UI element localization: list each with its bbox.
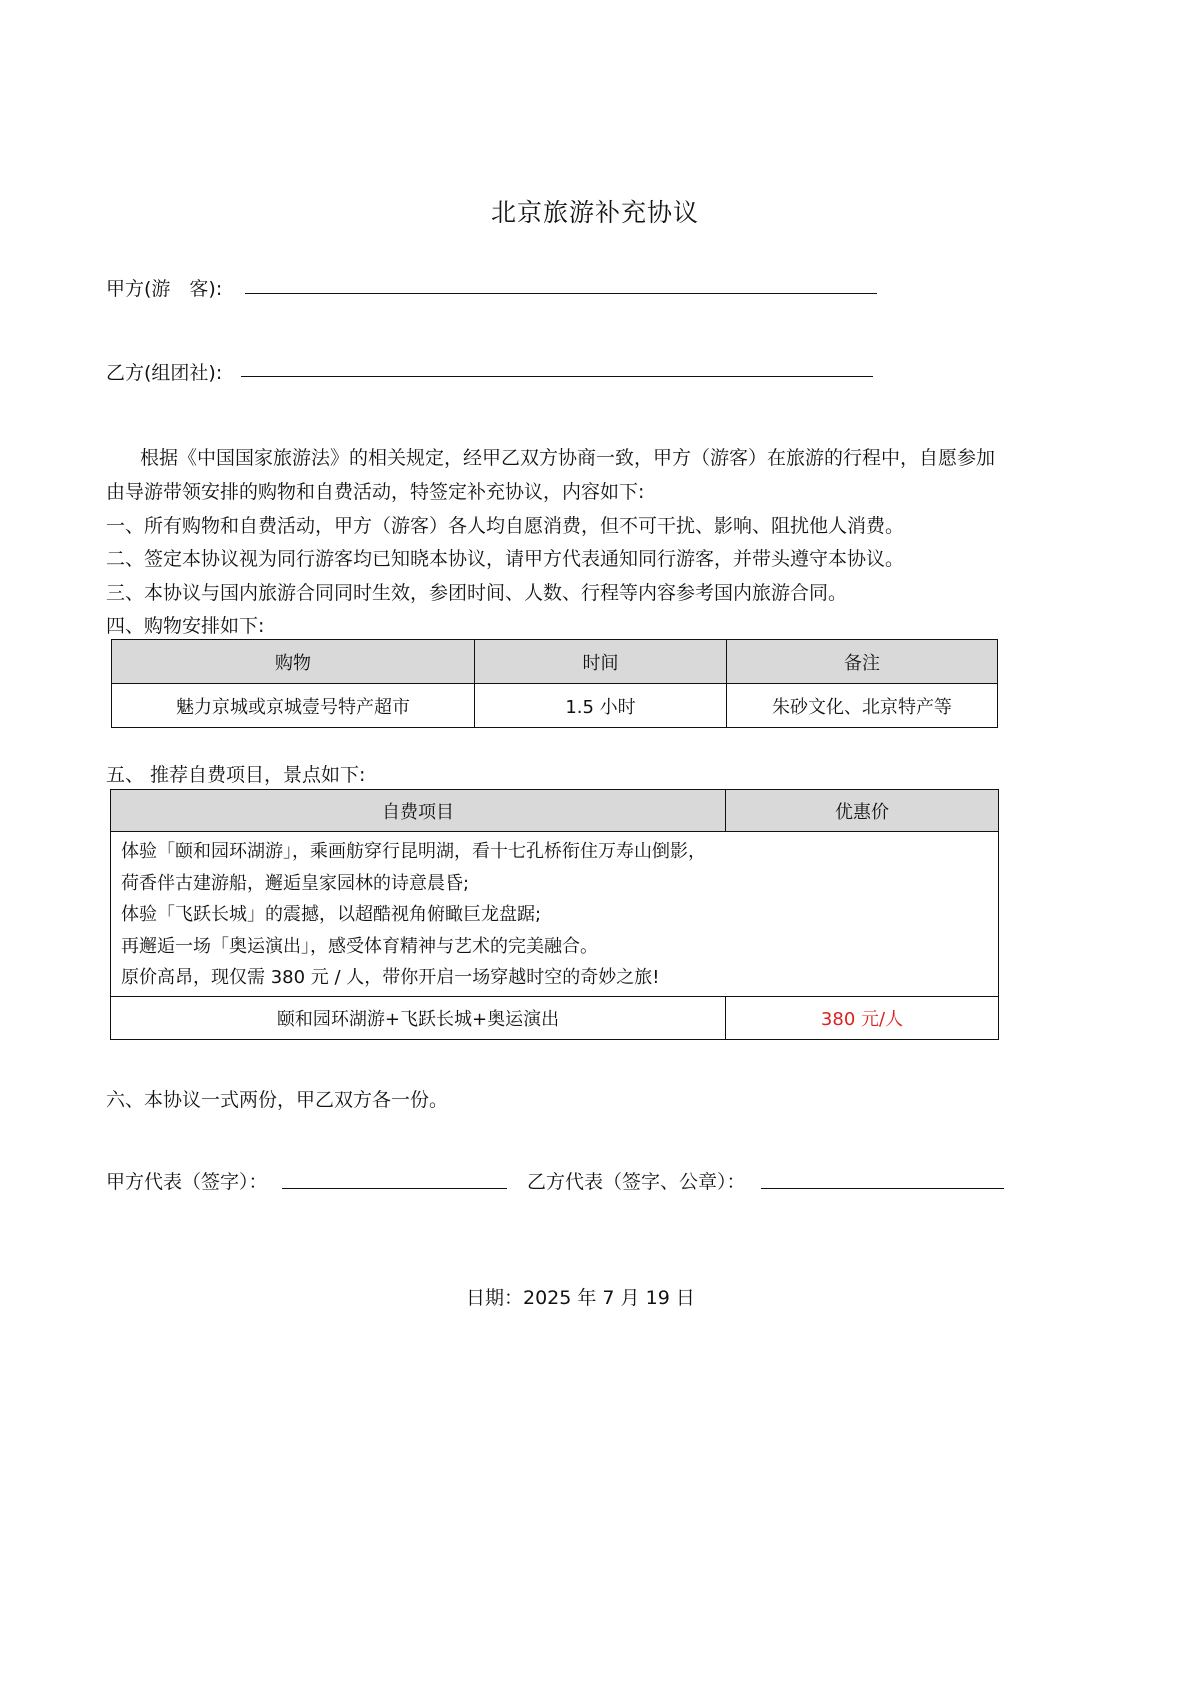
header-activity: 自费项目 (111, 790, 726, 832)
cell-remarks: 朱砂文化、北京特产等 (727, 684, 998, 728)
header-remarks: 备注 (727, 640, 998, 684)
description-line: 荷香伴古建游船，邂逅皇家园林的诗意晨昏; (121, 868, 988, 900)
header-shopping: 购物 (112, 640, 475, 684)
description-row: 体验「颐和园环湖游」，乘画舫穿行昆明湖，看十七孔桥衔住万寿山倒影， 荷香伴古建游… (111, 832, 999, 997)
optional-activities-table: 自费项目 优惠价 体验「颐和园环湖游」，乘画舫穿行昆明湖，看十七孔桥衔住万寿山倒… (110, 789, 999, 1040)
description-line: 原价高昂，现仅需 380 元 / 人，带你开启一场穿越时空的奇妙之旅! (121, 962, 988, 994)
description-line: 再邂逅一场「奥运演出」，感受体育精神与艺术的完美融合。 (121, 931, 988, 963)
party-a-signature-label: 甲方代表（签字）： (106, 1167, 268, 1194)
shopping-table: 购物 时间 备注 魅力京城或京城壹号特产超市 1.5 小时 朱砂文化、北京特产等 (111, 639, 998, 728)
header-discount-price: 优惠价 (726, 790, 999, 832)
intro-line-1: 根据《中国国家旅游法》的相关规定，经甲乙双方协商一致，甲方（游客）在旅游的行程中… (140, 440, 995, 476)
party-b-blank-line[interactable] (241, 376, 873, 377)
table-row: 魅力京城或京城壹号特产超市 1.5 小时 朱砂文化、北京特产等 (112, 684, 998, 728)
document-title: 北京旅游补充协议 (0, 193, 1190, 229)
clause-3: 三、本协议与国内旅游合同同时生效，参团时间、人数、行程等内容参考国内旅游合同。 (106, 575, 847, 611)
optional-table-header: 自费项目 优惠价 (111, 790, 999, 832)
cell-price: 380 元/人 (726, 996, 999, 1039)
shopping-table-header: 购物 时间 备注 (112, 640, 998, 684)
section-5-heading: 五、 推荐自费项目，景点如下: (106, 757, 365, 793)
party-a-label: 甲方(游 客): (106, 274, 222, 301)
party-b-signature-line[interactable] (761, 1188, 1004, 1189)
cell-shop-name: 魅力京城或京城壹号特产超市 (112, 684, 475, 728)
activity-description: 体验「颐和园环湖游」，乘画舫穿行昆明湖，看十七孔桥衔住万寿山倒影， 荷香伴古建游… (111, 832, 999, 997)
intro-line-2: 由导游带领安排的购物和自费活动，特签定补充协议，内容如下: (106, 474, 644, 510)
date: 日期：2025 年 7 月 19 日 (466, 1280, 695, 1316)
description-line: 体验「飞跃长城」的震撼，以超酷视角俯瞰巨龙盘踞; (121, 899, 988, 931)
cell-package: 颐和园环湖游+飞跃长城+奥运演出 (111, 996, 726, 1039)
party-a-signature-line[interactable] (282, 1188, 507, 1189)
party-b-signature-label: 乙方代表（签字、公章）： (527, 1167, 746, 1194)
cell-duration: 1.5 小时 (475, 684, 727, 728)
header-time: 时间 (475, 640, 727, 684)
party-b-label: 乙方(组团社): (106, 358, 222, 385)
clause-2: 二、签定本协议视为同行游客均已知晓本协议，请甲方代表通知同行游客，并带头遵守本协… (106, 541, 904, 577)
table-row: 颐和园环湖游+飞跃长城+奥运演出 380 元/人 (111, 996, 999, 1039)
clause-6: 六、本协议一式两份，甲乙双方各一份。 (106, 1082, 448, 1118)
description-line: 体验「颐和园环湖游」，乘画舫穿行昆明湖，看十七孔桥衔住万寿山倒影， (121, 836, 988, 868)
party-a-blank-line[interactable] (245, 293, 877, 294)
clause-1: 一、所有购物和自费活动，甲方（游客）各人均自愿消费，但不可干扰、影响、阻扰他人消… (106, 508, 904, 544)
